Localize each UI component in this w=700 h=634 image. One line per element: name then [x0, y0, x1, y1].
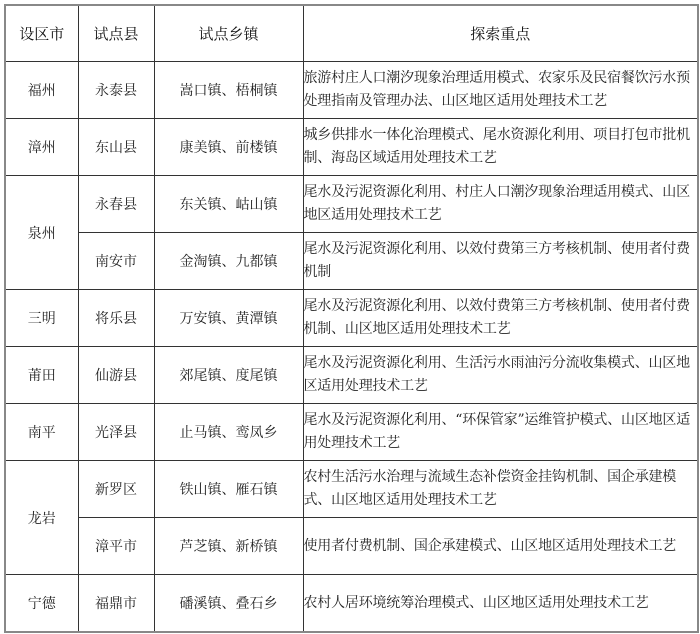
- table-row: 三明 将乐县 万安镇、黄潭镇 尾水及污泥资源化利用、以效付费第三方考核机制、使用…: [5, 290, 698, 347]
- county-cell: 永春县: [78, 176, 154, 233]
- county-cell: 东山县: [78, 119, 154, 176]
- towns-cell: 芦芝镇、新桥镇: [154, 518, 303, 575]
- towns-cell: 嵩口镇、梧桐镇: [154, 62, 303, 119]
- focus-cell: 尾水及污泥资源化利用、生活污水雨油污分流收集模式、山区地区适用处理技术工艺: [303, 347, 698, 404]
- header-focus: 探索重点: [303, 5, 698, 62]
- towns-cell: 郊尾镇、度尾镇: [154, 347, 303, 404]
- table-header-row: 设区市 试点县 试点乡镇 探索重点: [5, 5, 698, 62]
- table-row: 莆田 仙游县 郊尾镇、度尾镇 尾水及污泥资源化利用、生活污水雨油污分流收集模式、…: [5, 347, 698, 404]
- county-cell: 南安市: [78, 233, 154, 290]
- city-cell: 莆田: [5, 347, 78, 404]
- focus-cell: 旅游村庄人口潮汐现象治理适用模式、农家乐及民宿餐饮污水预处理指南及管理办法、山区…: [303, 62, 698, 119]
- focus-cell: 尾水及污泥资源化利用、以效付费第三方考核机制、使用者付费机制、山区地区适用处理技…: [303, 290, 698, 347]
- city-cell: 宁德: [5, 575, 78, 633]
- header-city: 设区市: [5, 5, 78, 62]
- table-row: 泉州 永春县 东关镇、岵山镇 尾水及污泥资源化利用、村庄人口潮汐现象治理适用模式…: [5, 176, 698, 233]
- county-cell: 将乐县: [78, 290, 154, 347]
- city-cell: 南平: [5, 404, 78, 461]
- towns-cell: 铁山镇、雁石镇: [154, 461, 303, 518]
- towns-cell: 东关镇、岵山镇: [154, 176, 303, 233]
- towns-cell: 金淘镇、九都镇: [154, 233, 303, 290]
- focus-cell: 城乡供排水一体化治理模式、尾水资源化利用、项目打包市批机制、海岛区域适用处理技术…: [303, 119, 698, 176]
- towns-cell: 万安镇、黄潭镇: [154, 290, 303, 347]
- county-cell: 福鼎市: [78, 575, 154, 633]
- header-towns: 试点乡镇: [154, 5, 303, 62]
- table-row: 龙岩 新罗区 铁山镇、雁石镇 农村生活污水治理与流域生态补偿资金挂钩机制、国企承…: [5, 461, 698, 518]
- county-cell: 漳平市: [78, 518, 154, 575]
- city-cell: 龙岩: [5, 461, 78, 575]
- table-row: 南平 光泽县 止马镇、鸾凤乡 尾水及污泥资源化利用、“环保管家”运维管护模式、山…: [5, 404, 698, 461]
- county-cell: 光泽县: [78, 404, 154, 461]
- towns-cell: 磻溪镇、叠石乡: [154, 575, 303, 633]
- focus-cell: 尾水及污泥资源化利用、以效付费第三方考核机制、使用者付费机制: [303, 233, 698, 290]
- pilot-table: 设区市 试点县 试点乡镇 探索重点 福州 永泰县 嵩口镇、梧桐镇 旅游村庄人口潮…: [4, 4, 699, 633]
- table-row: 南安市 金淘镇、九都镇 尾水及污泥资源化利用、以效付费第三方考核机制、使用者付费…: [5, 233, 698, 290]
- city-cell: 泉州: [5, 176, 78, 290]
- header-county: 试点县: [78, 5, 154, 62]
- focus-cell: 使用者付费机制、国企承建模式、山区地区适用处理技术工艺: [303, 518, 698, 575]
- towns-cell: 康美镇、前楼镇: [154, 119, 303, 176]
- focus-cell: 农村人居环境统筹治理模式、山区地区适用处理技术工艺: [303, 575, 698, 633]
- city-cell: 福州: [5, 62, 78, 119]
- table-row: 漳平市 芦芝镇、新桥镇 使用者付费机制、国企承建模式、山区地区适用处理技术工艺: [5, 518, 698, 575]
- county-cell: 新罗区: [78, 461, 154, 518]
- focus-cell: 尾水及污泥资源化利用、“环保管家”运维管护模式、山区地区适用处理技术工艺: [303, 404, 698, 461]
- county-cell: 永泰县: [78, 62, 154, 119]
- focus-cell: 尾水及污泥资源化利用、村庄人口潮汐现象治理适用模式、山区地区适用处理技术工艺: [303, 176, 698, 233]
- table-row: 漳州 东山县 康美镇、前楼镇 城乡供排水一体化治理模式、尾水资源化利用、项目打包…: [5, 119, 698, 176]
- table-row: 福州 永泰县 嵩口镇、梧桐镇 旅游村庄人口潮汐现象治理适用模式、农家乐及民宿餐饮…: [5, 62, 698, 119]
- focus-cell: 农村生活污水治理与流域生态补偿资金挂钩机制、国企承建模式、山区地区适用处理技术工…: [303, 461, 698, 518]
- city-cell: 漳州: [5, 119, 78, 176]
- city-cell: 三明: [5, 290, 78, 347]
- towns-cell: 止马镇、鸾凤乡: [154, 404, 303, 461]
- county-cell: 仙游县: [78, 347, 154, 404]
- table-row: 宁德 福鼎市 磻溪镇、叠石乡 农村人居环境统筹治理模式、山区地区适用处理技术工艺: [5, 575, 698, 633]
